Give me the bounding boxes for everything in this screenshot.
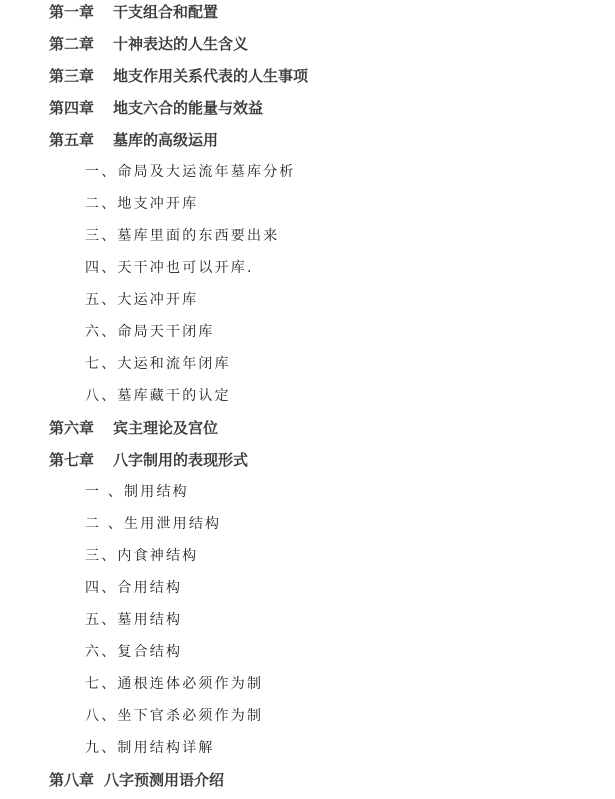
chapter-number: 第五章 <box>49 128 113 152</box>
toc-chapter-4[interactable]: 第四章地支六合的能量与效益 <box>49 96 263 120</box>
toc-chapter-7[interactable]: 第七章八字制用的表现形式 <box>49 448 248 472</box>
toc-section[interactable]: 四、天干冲也可以开库. <box>85 256 254 280</box>
toc-chapter-6[interactable]: 第六章宾主理论及宫位 <box>49 416 218 440</box>
toc-section[interactable]: 六、命局天干闭库 <box>85 320 215 344</box>
toc-section[interactable]: 六、复合结构 <box>85 640 182 664</box>
toc-section[interactable]: 一 、制用结构 <box>85 480 189 504</box>
toc-section[interactable]: 七、通根连体必须作为制 <box>85 672 263 696</box>
toc-section[interactable]: 八、墓库藏干的认定 <box>85 384 231 408</box>
toc-section[interactable]: 五、墓用结构 <box>85 608 182 632</box>
chapter-number: 第七章 <box>49 448 113 472</box>
toc-section[interactable]: 七、大运和流年闭库 <box>85 352 231 376</box>
toc-section[interactable]: 三、内食神结构 <box>85 544 198 568</box>
toc-section[interactable]: 二、地支冲开库 <box>85 192 198 216</box>
toc-section[interactable]: 八、坐下官杀必须作为制 <box>85 704 263 728</box>
chapter-title: 十神表达的人生含义 <box>113 35 248 53</box>
chapter-number: 第三章 <box>49 64 113 88</box>
chapter-title: 墓库的高级运用 <box>113 131 218 149</box>
chapter-title: 八字预测用语介绍 <box>104 771 224 789</box>
toc-chapter-8[interactable]: 第八章八字预测用语介绍 <box>49 768 224 792</box>
chapter-number: 第二章 <box>49 32 113 56</box>
toc-section[interactable]: 四、合用结构 <box>85 576 182 600</box>
toc-section[interactable]: 三、墓库里面的东西要出来 <box>85 224 279 248</box>
toc-section[interactable]: 一、命局及大运流年墓库分析 <box>85 160 296 184</box>
chapter-number: 第一章 <box>49 0 113 24</box>
toc-chapter-5[interactable]: 第五章墓库的高级运用 <box>49 128 218 152</box>
toc-chapter-2[interactable]: 第二章十神表达的人生含义 <box>49 32 248 56</box>
chapter-title: 地支六合的能量与效益 <box>113 99 263 117</box>
toc-section[interactable]: 二 、生用泄用结构 <box>85 512 221 536</box>
toc-section[interactable]: 九、制用结构详解 <box>85 736 215 760</box>
toc-section[interactable]: 五、大运冲开库 <box>85 288 198 312</box>
chapter-title: 干支组合和配置 <box>113 3 218 21</box>
toc-chapter-3[interactable]: 第三章地支作用关系代表的人生事项 <box>49 64 308 88</box>
chapter-title: 宾主理论及宫位 <box>113 419 218 437</box>
chapter-number: 第四章 <box>49 96 113 120</box>
chapter-number: 第八章 <box>49 768 104 792</box>
chapter-title: 地支作用关系代表的人生事项 <box>113 67 308 85</box>
chapter-number: 第六章 <box>49 416 113 440</box>
chapter-title: 八字制用的表现形式 <box>113 451 248 469</box>
toc-chapter-1[interactable]: 第一章干支组合和配置 <box>49 0 218 24</box>
